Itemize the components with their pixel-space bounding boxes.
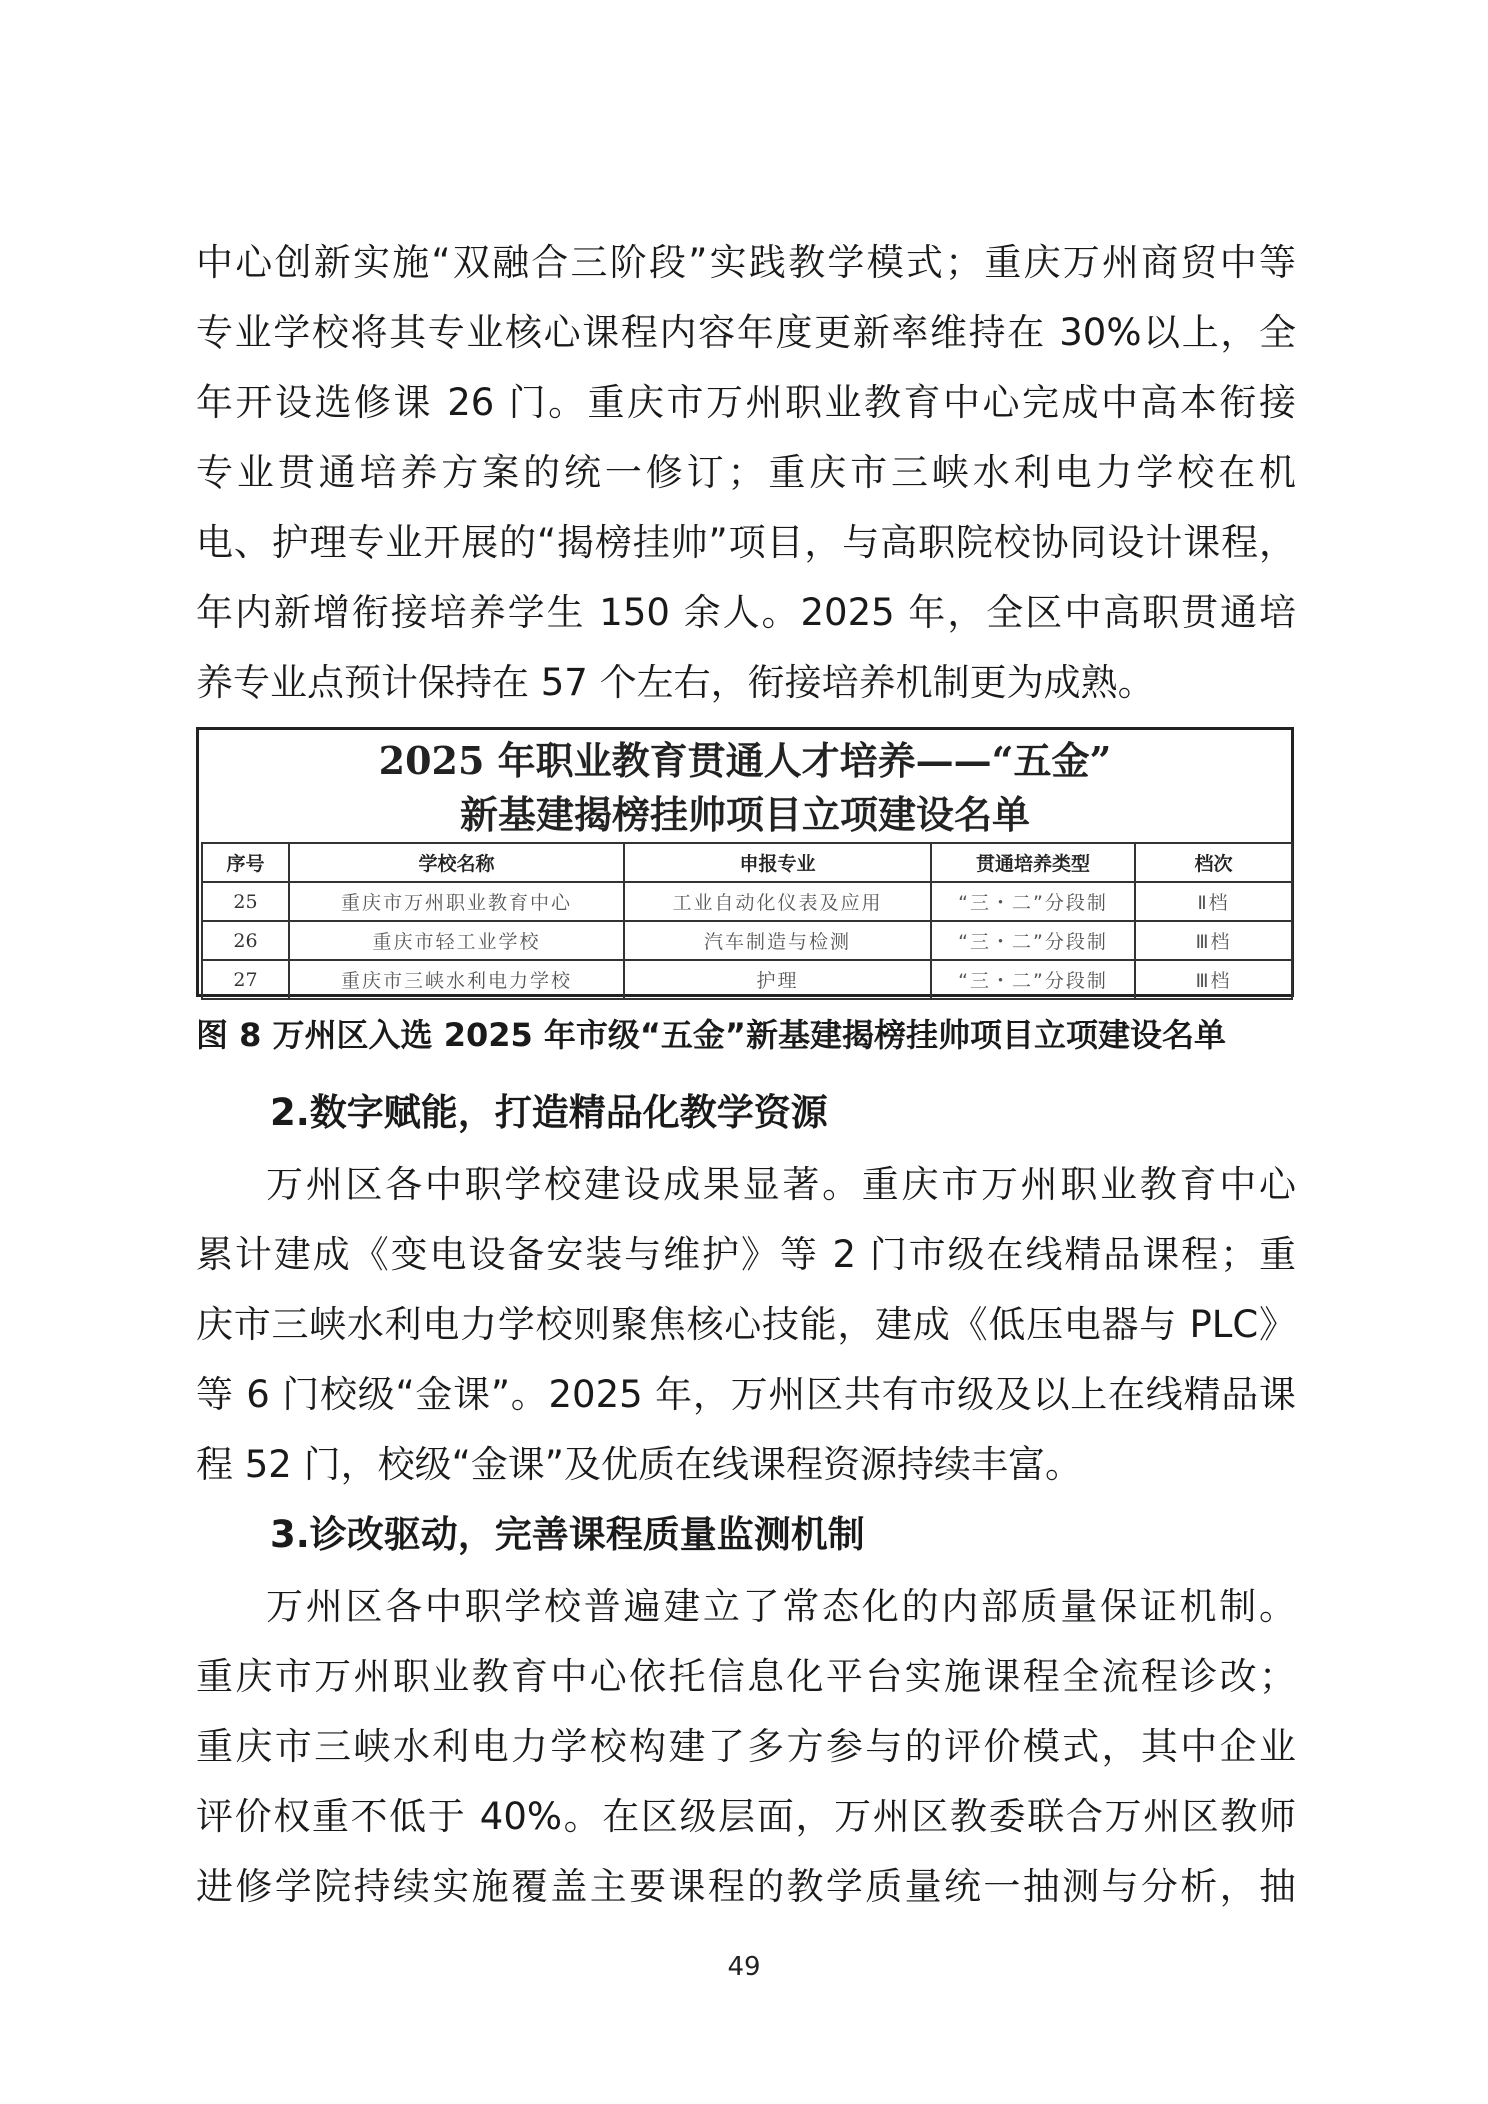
cell-tier: Ⅱ档 (1135, 882, 1292, 921)
text-line: 中心创新实施“双融合三阶段”实践教学模式；重庆万州商贸中等 (196, 228, 1296, 298)
text-line: 专业学校将其专业核心课程内容年度更新率维持在 30%以上，全 (196, 298, 1296, 368)
cell-index: 26 (202, 921, 289, 960)
header-major: 申报专业 (624, 843, 931, 882)
cell-tier: Ⅲ档 (1135, 960, 1292, 999)
header-index: 序号 (202, 843, 289, 882)
cell-index: 27 (202, 960, 289, 999)
text-line: 等 6 门校级“金课”。2025 年，万州区共有市级及以上在线精品课 (196, 1360, 1296, 1430)
cell-type: “三・二”分段制 (931, 960, 1135, 999)
cell-major: 工业自动化仪表及应用 (624, 882, 931, 921)
cell-type: “三・二”分段制 (931, 921, 1135, 960)
table-row: 27 重庆市三峡水利电力学校 护理 “三・二”分段制 Ⅲ档 (202, 960, 1292, 999)
paragraph-section2: 万州区各中职学校建设成果显著。重庆市万州职业教育中心 累计建成《变电设备安装与维… (196, 1150, 1296, 1500)
paragraph-section3: 万州区各中职学校普遍建立了常态化的内部质量保证机制。 重庆市万州职业教育中心依托… (196, 1572, 1296, 1922)
cell-index: 25 (202, 882, 289, 921)
text-line: 专业贯通培养方案的统一修订；重庆市三峡水利电力学校在机 (196, 438, 1296, 508)
cell-school: 重庆市万州职业教育中心 (289, 882, 624, 921)
cell-tier: Ⅲ档 (1135, 921, 1292, 960)
text-line: 庆市三峡水利电力学校则聚焦核心技能，建成《低压电器与 PLC》 (196, 1290, 1296, 1360)
cell-school: 重庆市轻工业学校 (289, 921, 624, 960)
header-school: 学校名称 (289, 843, 624, 882)
figure-title: 2025 年职业教育贯通人才培养——“五金” 新基建揭榜挂帅项目立项建设名单 (199, 734, 1291, 842)
cell-major: 护理 (624, 960, 931, 999)
page-number: 49 (0, 1952, 1488, 1982)
figure-title-line2: 新基建揭榜挂帅项目立项建设名单 (199, 788, 1291, 842)
table-row: 26 重庆市轻工业学校 汽车制造与检测 “三・二”分段制 Ⅲ档 (202, 921, 1292, 960)
text-line: 电、护理专业开展的“揭榜挂帅”项目，与高职院校协同设计课程， (196, 508, 1296, 578)
text-line: 评价权重不低于 40%。在区级层面，万州区教委联合万州区教师 (196, 1782, 1296, 1852)
paragraph-top: 中心创新实施“双融合三阶段”实践教学模式；重庆万州商贸中等 专业学校将其专业核心… (196, 228, 1296, 718)
figure-project-list: 2025 年职业教育贯通人才培养——“五金” 新基建揭榜挂帅项目立项建设名单 序… (196, 727, 1294, 997)
header-type: 贯通培养类型 (931, 843, 1135, 882)
header-tier: 档次 (1135, 843, 1292, 882)
section-heading-3: 3.诊改驱动，完善课程质量监测机制 (270, 1505, 865, 1565)
figure-caption: 图 8 万州区入选 2025 年市级“五金”新基建揭榜挂帅项目立项建设名单 (196, 1010, 1296, 1060)
text-line: 年内新增衔接培养学生 150 余人。2025 年，全区中高职贯通培 (196, 578, 1296, 648)
text-line: 年开设选修课 26 门。重庆市万州职业教育中心完成中高本衔接 (196, 368, 1296, 438)
text-line: 进修学院持续实施覆盖主要课程的教学质量统一抽测与分析，抽 (196, 1852, 1296, 1922)
section-heading-2: 2.数字赋能，打造精品化教学资源 (270, 1083, 828, 1143)
text-line: 重庆市三峡水利电力学校构建了多方参与的评价模式，其中企业 (196, 1712, 1296, 1782)
cell-major: 汽车制造与检测 (624, 921, 931, 960)
table-header-row: 序号 学校名称 申报专业 贯通培养类型 档次 (202, 843, 1292, 882)
text-line: 养专业点预计保持在 57 个左右，衔接培养机制更为成熟。 (196, 648, 1296, 718)
text-line: 累计建成《变电设备安装与维护》等 2 门市级在线精品课程；重 (196, 1220, 1296, 1290)
text-line: 万州区各中职学校建设成果显著。重庆市万州职业教育中心 (196, 1150, 1296, 1220)
figure-title-line1: 2025 年职业教育贯通人才培养——“五金” (199, 734, 1291, 788)
document-page: 中心创新实施“双融合三阶段”实践教学模式；重庆万州商贸中等 专业学校将其专业核心… (0, 0, 1488, 2104)
cell-school: 重庆市三峡水利电力学校 (289, 960, 624, 999)
text-line: 程 52 门，校级“金课”及优质在线课程资源持续丰富。 (196, 1430, 1296, 1500)
text-line: 重庆市万州职业教育中心依托信息化平台实施课程全流程诊改； (196, 1642, 1296, 1712)
project-table: 序号 学校名称 申报专业 贯通培养类型 档次 25 重庆市万州职业教育中心 工业… (201, 842, 1293, 1000)
cell-type: “三・二”分段制 (931, 882, 1135, 921)
table-row: 25 重庆市万州职业教育中心 工业自动化仪表及应用 “三・二”分段制 Ⅱ档 (202, 882, 1292, 921)
text-line: 万州区各中职学校普遍建立了常态化的内部质量保证机制。 (196, 1572, 1296, 1642)
